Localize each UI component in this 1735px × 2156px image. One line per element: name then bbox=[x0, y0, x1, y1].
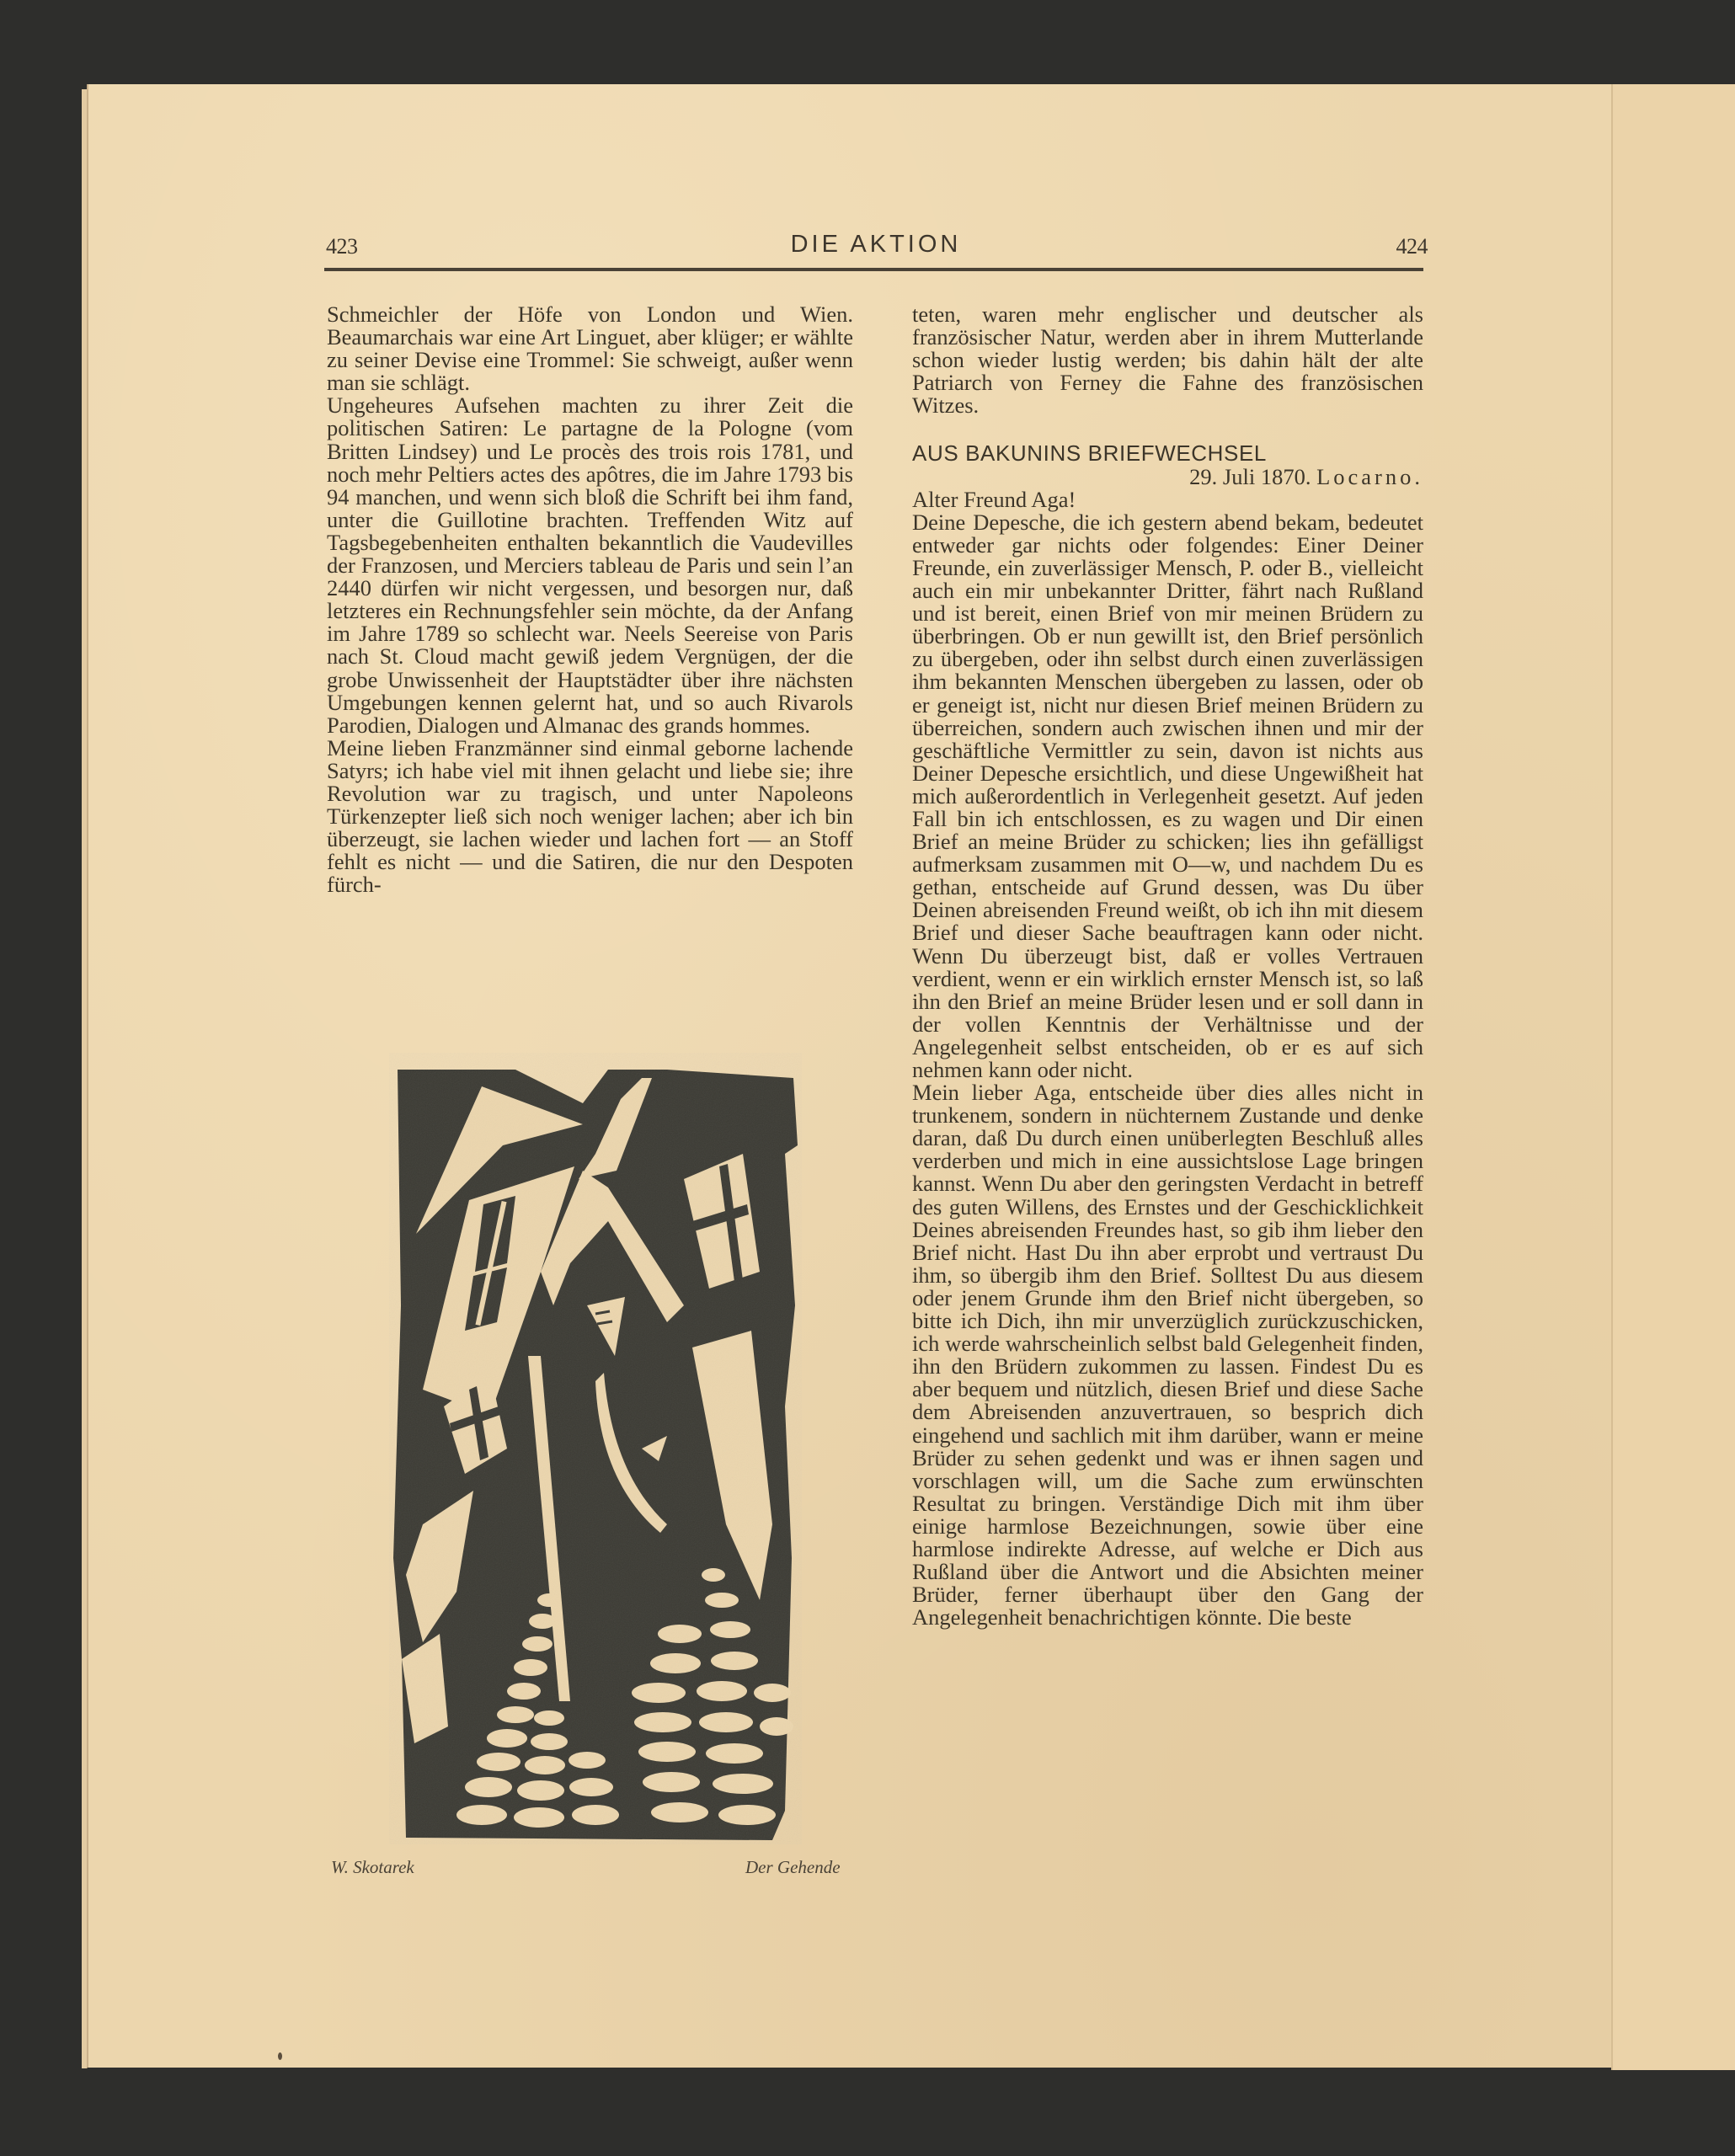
left-column: Schmeichler der Höfe von London und Wien… bbox=[327, 303, 853, 896]
masthead-title: DIE AKTION bbox=[324, 231, 1428, 259]
paragraph: Ungeheures Aufsehen machten zu ihrer Zei… bbox=[327, 394, 853, 736]
right-column: teten, waren mehr englischer und deutsch… bbox=[912, 303, 1423, 1629]
paragraph: Schmeichler der Höfe von London und Wien… bbox=[327, 303, 853, 394]
letter-salutation: Alter Freund Aga! bbox=[912, 488, 1423, 511]
dateline-date: 29. Juli 1870. bbox=[1189, 464, 1311, 489]
paragraph: Meine lieben Franzmänner sind einmal geb… bbox=[327, 737, 853, 897]
woodcut-illustration bbox=[389, 1053, 802, 1844]
paragraph-continuation: teten, waren mehr englischer und deutsch… bbox=[912, 303, 1423, 417]
header-rule bbox=[324, 268, 1423, 271]
paragraph: Mein lieber Aga, entscheide über dies al… bbox=[912, 1081, 1423, 1629]
letter-dateline: 29. Juli 1870. Locarno. bbox=[912, 466, 1423, 488]
page-number-right: 424 bbox=[1396, 234, 1428, 259]
dateline-place: Locarno. bbox=[1316, 464, 1423, 489]
facing-page-edge bbox=[1611, 84, 1735, 2070]
illustration-title-caption: Der Gehende bbox=[745, 1857, 841, 1878]
woodcut-walking-figure-icon bbox=[389, 1053, 802, 1844]
paragraph: Deine Depesche, die ich gestern abend be… bbox=[912, 511, 1423, 1081]
running-header: 423 DIE AKTION 424 bbox=[324, 229, 1428, 266]
section-title: AUS BAKUNINS BRIEFWECHSEL bbox=[912, 442, 1423, 465]
paper-speck bbox=[278, 2052, 282, 2060]
illustration-artist-caption: W. Skotarek bbox=[331, 1857, 414, 1878]
